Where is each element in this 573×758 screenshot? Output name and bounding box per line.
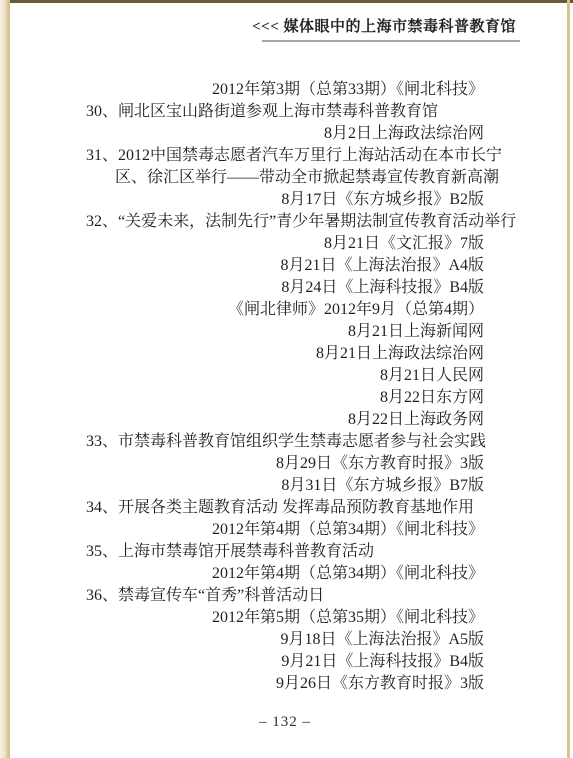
entry-source: 8月2日上海政法综治网 — [86, 123, 484, 145]
entry-source: 2012年第4期（总第34期）《闸北科技》 — [86, 563, 484, 585]
header-rule — [262, 40, 520, 42]
entry-source: 2012年第3期（总第33期）《闸北科技》 — [86, 79, 484, 101]
document-page: <<< 媒体眼中的上海市禁毒科普教育馆 2012年第3期（总第33期）《闸北科技… — [0, 0, 573, 758]
entry-source: 8月21日人民网 — [86, 365, 484, 387]
entry-source: 2012年第4期（总第34期）《闸北科技》 — [86, 519, 484, 541]
entry-title: 35、上海市禁毒馆开展禁毒科普教育活动 — [86, 541, 484, 563]
page-border-left — [0, 0, 10, 758]
entry-source: 9月21日《上海科技报》B4版 — [86, 651, 484, 673]
entry-source: 《闸北律师》2012年9月（总第4期） — [86, 299, 484, 321]
entry-source: 8月22日东方网 — [86, 387, 484, 409]
entry-title: 30、闸北区宝山路街道参观上海市禁毒科普教育馆 — [86, 101, 484, 123]
entry-source: 9月26日《东方教育时报》3版 — [86, 673, 484, 695]
entry-source: 8月24日《上海科技报》B4版 — [86, 277, 484, 299]
entry-source: 8月21日《文汇报》7版 — [86, 233, 484, 255]
page-number: – 132 – — [86, 714, 484, 731]
entry-source: 8月21日上海新闻网 — [86, 321, 484, 343]
entry-title: 34、开展各类主题教育活动 发挥毒品预防教育基地作用 — [86, 497, 484, 519]
entry-source: 9月18日《上海法治报》A5版 — [86, 629, 484, 651]
entry-title: 31、2012中国禁毒志愿者汽车万里行上海站活动在本市长宁 — [86, 145, 484, 167]
page-border-top — [0, 0, 573, 3]
entry-source: 2012年第5期（总第35期）《闸北科技》 — [86, 607, 484, 629]
entry-source: 8月31日《东方城乡报》B7版 — [86, 475, 484, 497]
running-head: <<< 媒体眼中的上海市禁毒科普教育馆 — [252, 15, 516, 36]
entry-source: 8月17日《东方城乡报》B2版 — [86, 189, 484, 211]
entry-title: 32、“关爱未来，法制先行”青少年暑期法制宣传教育活动举行 — [86, 211, 484, 233]
entry-title-continuation: 区、徐汇区举行——带动全市掀起禁毒宣传教育新高潮 — [86, 167, 484, 189]
page-border-right — [567, 0, 570, 758]
entry-title: 36、禁毒宣传车“首秀”科普活动日 — [86, 585, 484, 607]
media-coverage-list: 2012年第3期（总第33期）《闸北科技》 30、闸北区宝山路街道参观上海市禁毒… — [86, 79, 484, 695]
entry-source: 8月29日《东方教育时报》3版 — [86, 453, 484, 475]
entry-source: 8月22日上海政务网 — [86, 409, 484, 431]
entry-source: 8月21日《上海法治报》A4版 — [86, 255, 484, 277]
entry-source: 8月21日上海政法综治网 — [86, 343, 484, 365]
entry-title: 33、市禁毒科普教育馆组织学生禁毒志愿者参与社会实践 — [86, 431, 484, 453]
